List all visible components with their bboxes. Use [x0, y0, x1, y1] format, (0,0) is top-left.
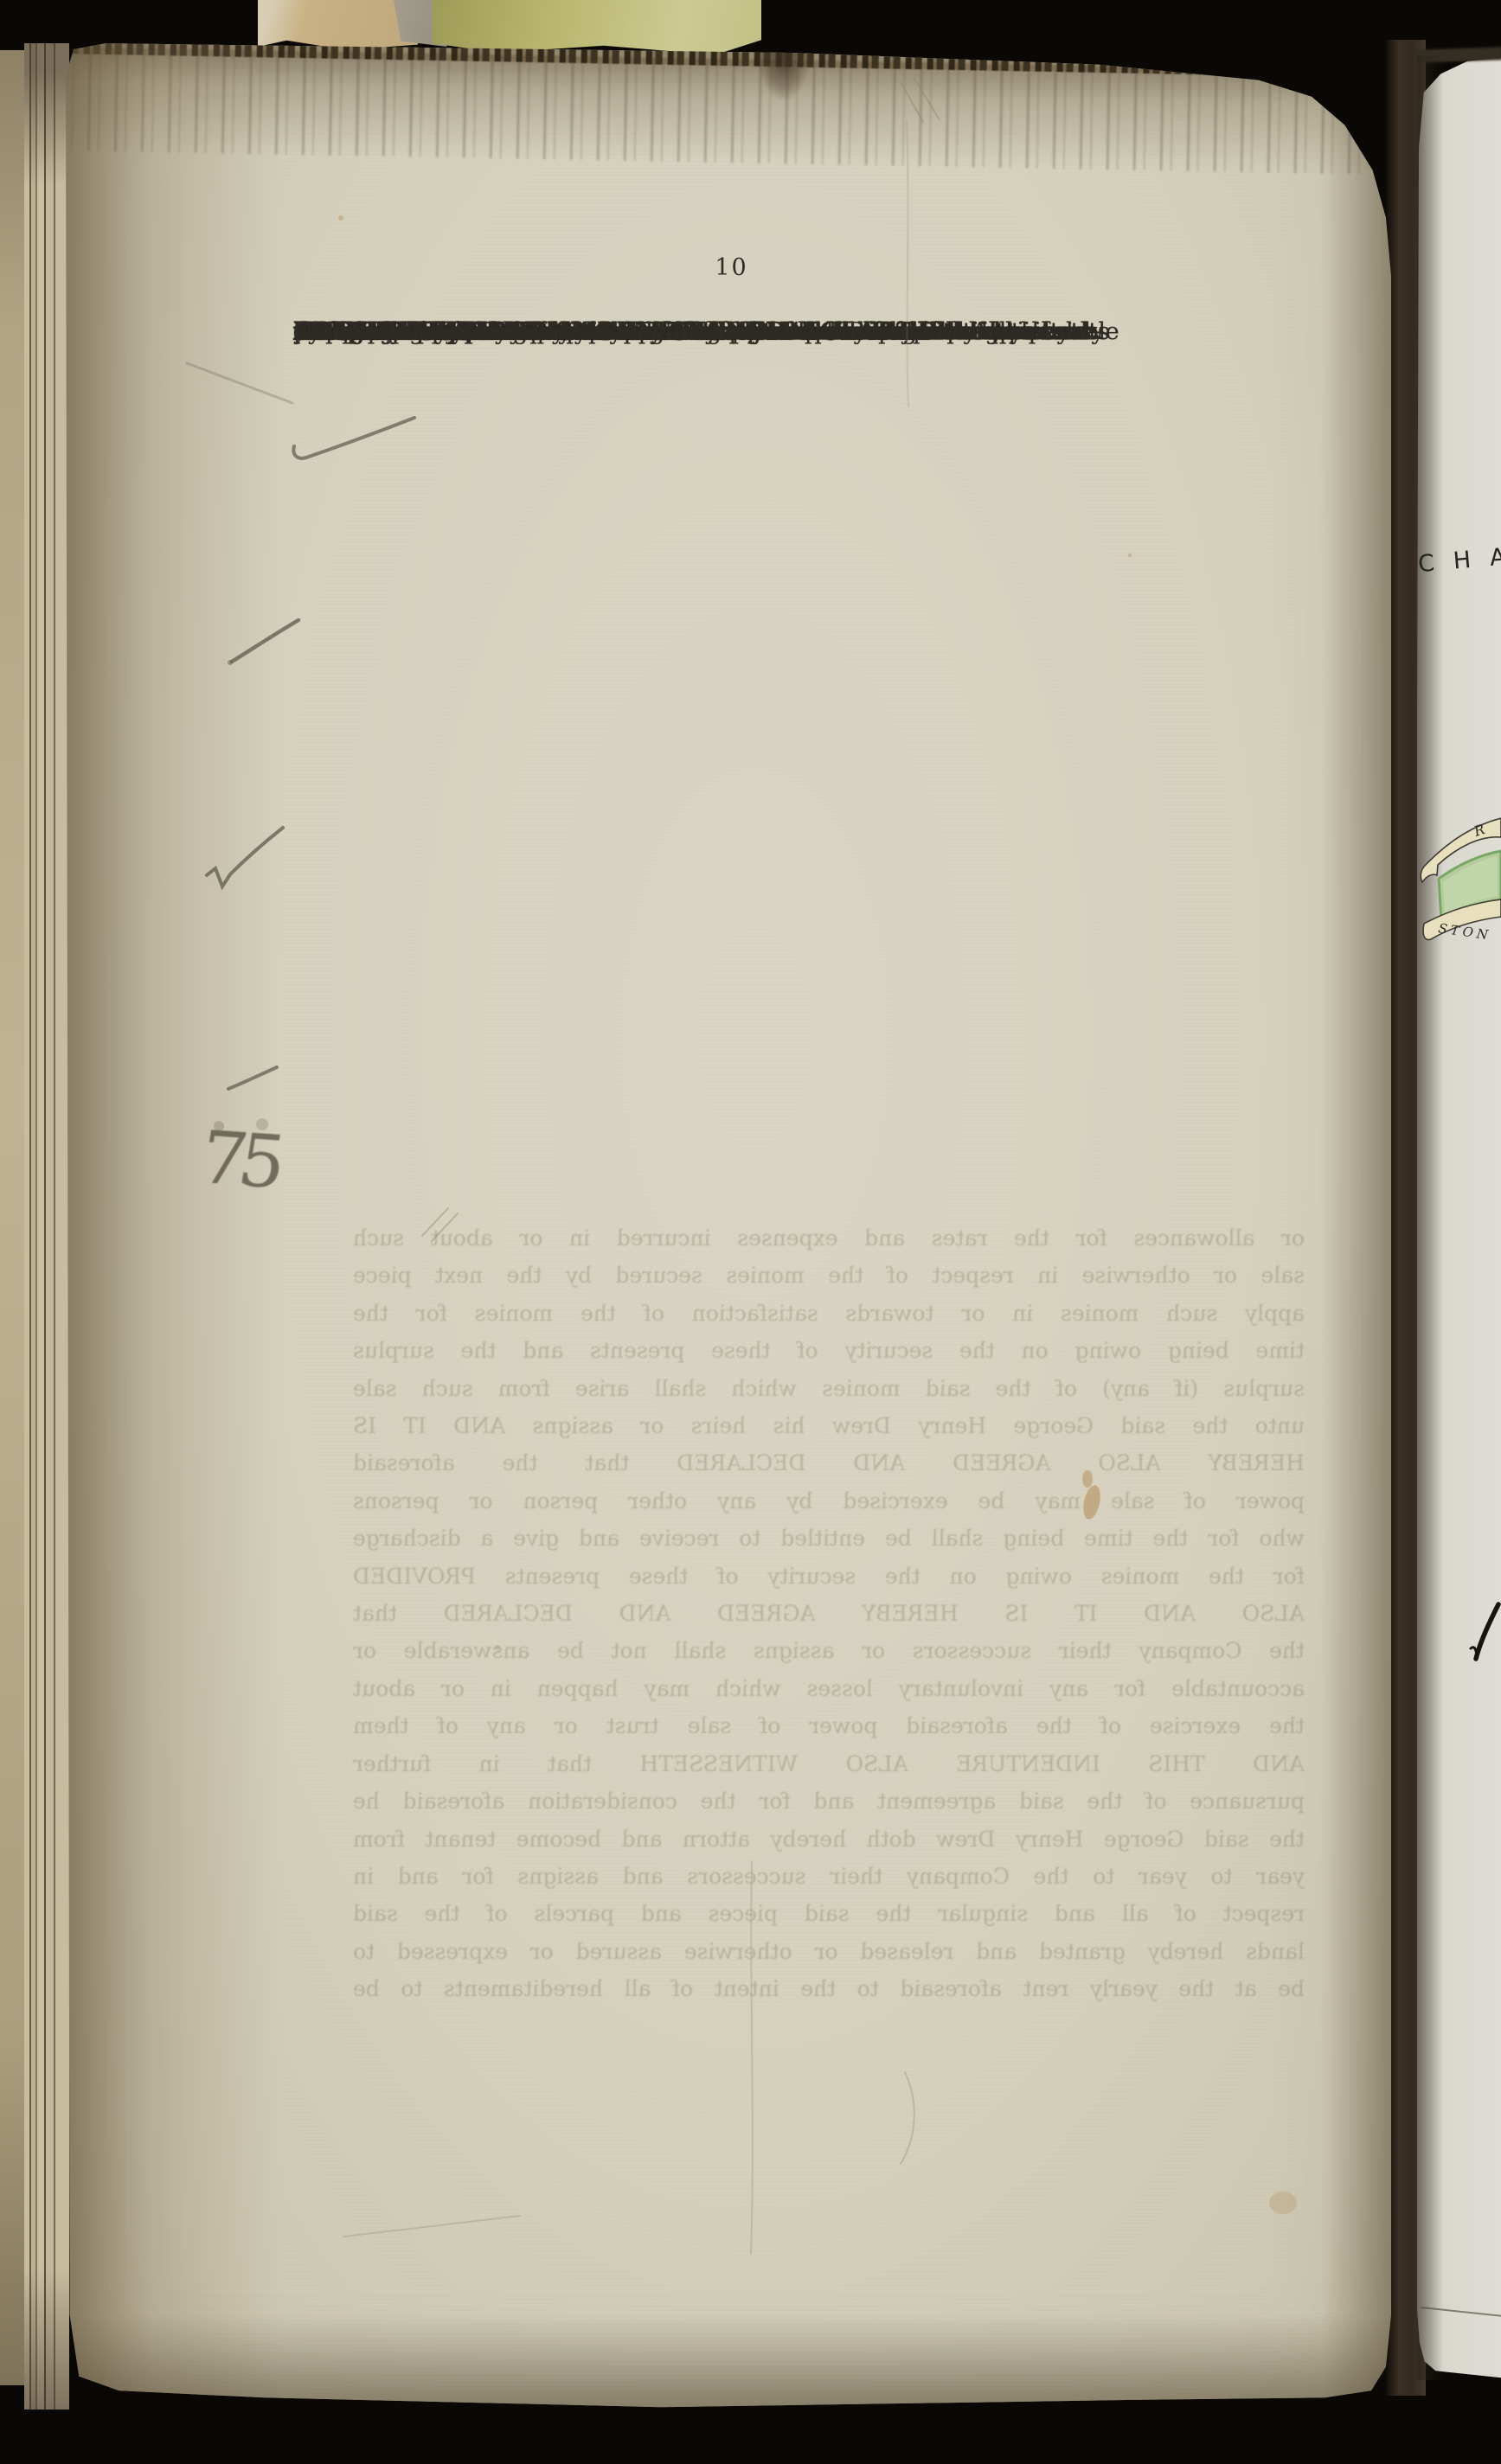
foxing-speck — [1128, 554, 1132, 558]
scratch-mark — [907, 121, 908, 406]
pencil-check-mark — [228, 1067, 277, 1089]
scratch-mark — [343, 2216, 520, 2237]
scratch-mark — [432, 1213, 458, 1241]
pencil-marks-layer — [0, 0, 1501, 2464]
stain — [1082, 1470, 1093, 1488]
pencil-check-mark — [293, 418, 414, 458]
book-scan: or allowances for the rates and expenses… — [0, 0, 1501, 2464]
pencil-stroke-faint — [187, 363, 292, 403]
map-ribbon-bottom-label: STON — [1437, 920, 1492, 943]
ink-stroke-hook — [1471, 1648, 1477, 1659]
right-page-edge-shadow — [1417, 55, 1443, 2380]
scratch-mark — [422, 1208, 448, 1236]
scratch-mark — [751, 1861, 753, 2254]
map-fragment: R STON — [1417, 813, 1501, 947]
pencil-check-mark — [232, 620, 298, 662]
pencil-check-mark — [207, 828, 283, 886]
stain — [1269, 2192, 1297, 2214]
handwritten-note: 75 — [194, 1115, 284, 1204]
foxing-speck — [338, 215, 343, 221]
ink-stroke-path — [1476, 1604, 1498, 1659]
stain — [1081, 1484, 1103, 1521]
pencil-smudge — [228, 660, 233, 665]
foxing-speck — [495, 1645, 500, 1650]
scratch-mark — [901, 2072, 914, 2164]
ink-stroke — [1469, 1600, 1501, 1667]
